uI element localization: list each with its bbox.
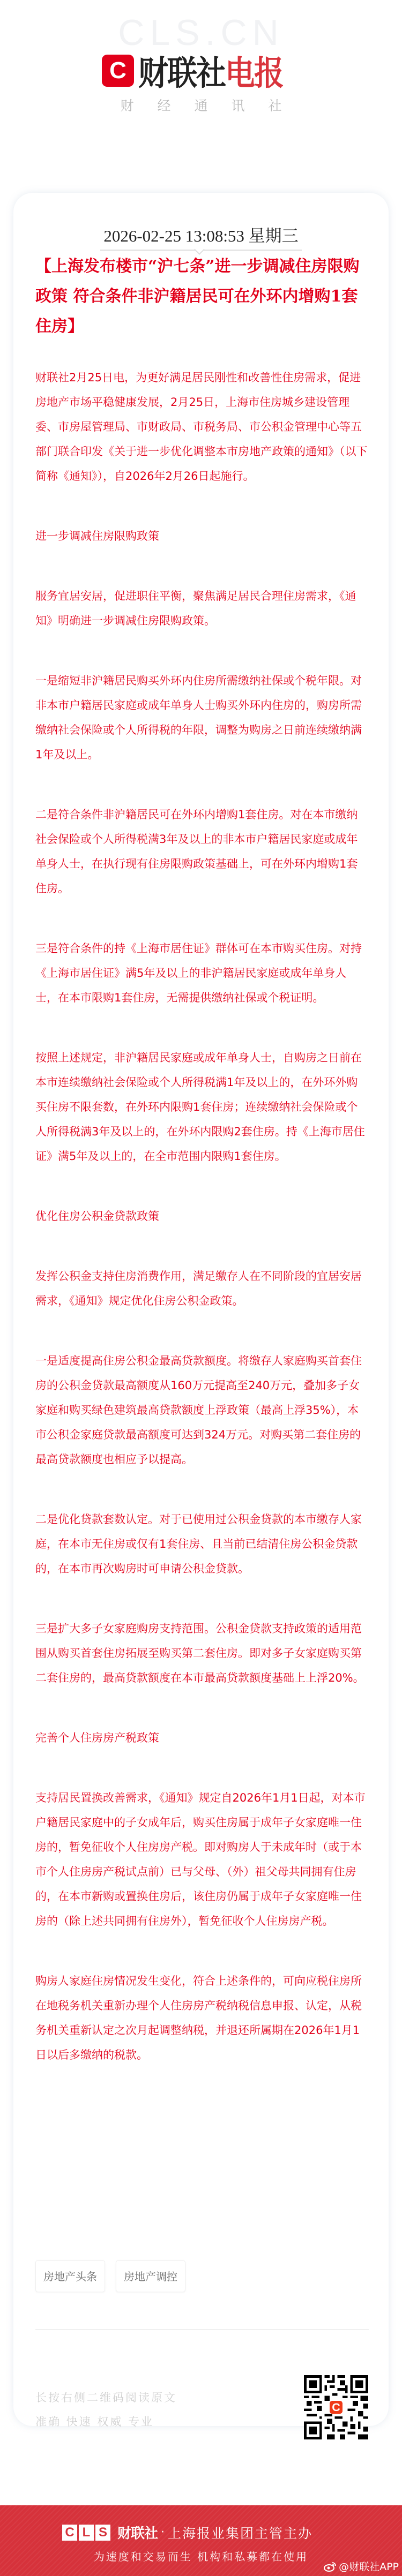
logo-text-black: 财联社 [138, 47, 225, 95]
paragraph: 按照上述规定，非沪籍居民家庭或成年单身人士，自购房之日前在本市连续缴纳社会保险或… [35, 1045, 368, 1169]
footer-divider [35, 2329, 369, 2330]
cls-letter-s: S [95, 2525, 110, 2541]
weibo-handle: @财联社APP [339, 2559, 399, 2573]
paragraph: 购房人家庭住房情况发生变化，符合上述条件的，可向应税住房所在地税务机关重新办理个… [35, 1969, 368, 2067]
qr-hint: 长按右侧二维码阅读原文 [35, 2386, 177, 2410]
publish-datetime: 2026-02-25 13:08:53 星期三 [13, 222, 389, 246]
paragraph: 发挥公积金支持住房消费作用，满足缴存人在不同阶段的宜居安居需求，《通知》规定优化… [35, 1264, 368, 1313]
logo-subtitle: 财经通讯社 [0, 95, 402, 115]
paragraph: 二是优化贷款套数认定。对于已使用过公积金贷款的本市缴存人家庭，在本市无住房或仅有… [35, 1507, 368, 1581]
banner-separator: · [161, 2526, 165, 2539]
article-headline: 【上海发布楼市“沪七条”进一步调减住房限购政策 符合条件非沪籍居民可在外环内增购… [35, 252, 368, 342]
paragraph: 服务宜居安居，促进职住平衡，聚焦满足居民合理住房需求，《通知》明确进一步调减住房… [35, 584, 368, 633]
paragraph: 一是适度提高住房公积金最高贷款额度。将缴存人家庭购买首套住房的公积金贷款最高额度… [35, 1349, 368, 1472]
qr-instructions: 长按右侧二维码阅读原文 准确 快速 权威 专业 [35, 2386, 177, 2434]
banner-organization: 上海报业集团主管主办 [168, 2523, 312, 2542]
paragraph: 二是符合条件非沪籍居民可在外环内增购1套住房。对在本市缴纳社会保险或个人所得税满… [35, 802, 368, 901]
logo-text-red: 电报 [225, 47, 283, 95]
cls-logo: C 财联社 电报 [102, 54, 283, 88]
article-body: 财联社2月25日电，为更好满足居民刚性和改善性住房需求，促进房地产市场平稳健康发… [35, 365, 368, 2067]
paragraph: 三是扩大多子女家庭购房支持范围。公积金贷款支持政策的适用范围从购买首套住房拓展至… [35, 1616, 368, 1690]
cls-logo-icon: C [102, 55, 134, 87]
cls-letter-l: L [79, 2525, 94, 2541]
weibo-icon [324, 2561, 337, 2572]
tag-real-estate-headlines[interactable]: 房地产头条 [35, 2260, 105, 2292]
footer-banner: C L S 财联社 · 上海报业集团主管主办 为速度和交易而生 机构和私募都在使… [0, 2505, 402, 2576]
paragraph-intro: 财联社2月25日电，为更好满足居民刚性和改善性住房需求，促进房地产市场平稳健康发… [35, 365, 368, 488]
weibo-watermark: @财联社APP [324, 2559, 399, 2573]
paragraph: 支持居民置换改善需求，《通知》规定自2026年1月1日起，对本市户籍居民家庭中的… [35, 1786, 368, 1933]
cls-letter-c: C [62, 2525, 77, 2541]
paragraph: 三是符合条件的持《上海市居住证》群体可在本市购买住房。对持《上海市居住证》满5年… [35, 936, 368, 1010]
section-heading: 优化住房公积金贷款政策 [35, 1204, 368, 1229]
qr-code-icon[interactable]: C [304, 2375, 368, 2439]
svg-text:C: C [332, 2400, 340, 2414]
section-heading: 进一步调减住房限购政策 [35, 524, 368, 548]
tag-real-estate-regulation[interactable]: 房地产调控 [116, 2260, 185, 2292]
section-heading: 完善个人住房房产税政策 [35, 1726, 368, 1750]
banner-brand-line: C L S 财联社 · 上海报业集团主管主办 [62, 2522, 312, 2542]
tag-list: 房地产头条 房地产调控 [35, 2260, 185, 2292]
article-card: 2026-02-25 13:08:53 星期三 【上海发布楼市“沪七条”进一步调… [13, 193, 389, 2426]
banner-brand-name: 财联社 [117, 2522, 158, 2542]
tagline: 准确 快速 权威 专业 [35, 2410, 177, 2434]
paragraph: 一是缩短非沪籍居民购买外环内住房所需缴纳社保或个税年限。对非本市户籍居民家庭或成… [35, 668, 368, 767]
page-header: CLS.CN C 财联社 电报 财经通讯社 [0, 0, 402, 193]
